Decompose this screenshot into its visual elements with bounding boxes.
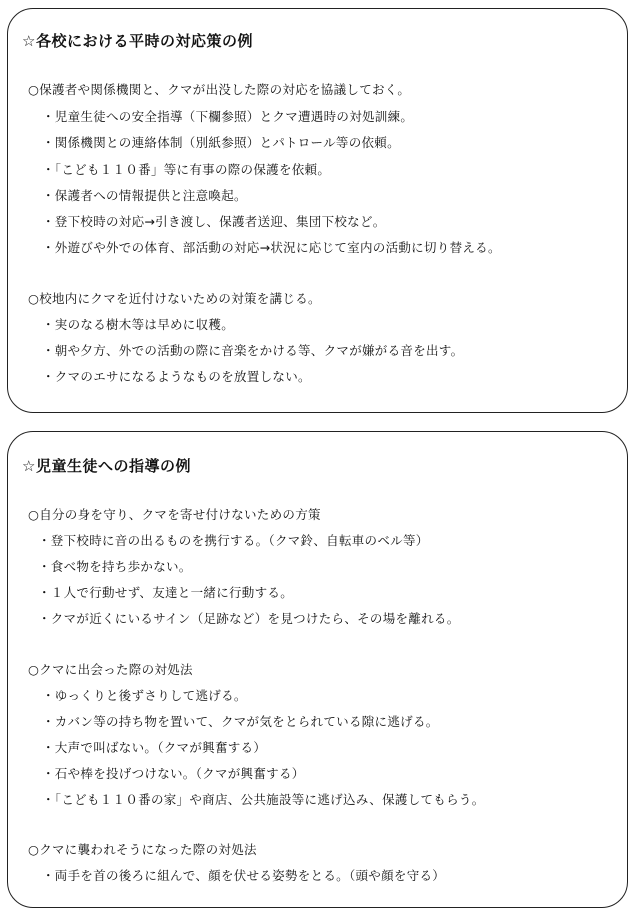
list-item: ・登下校時に音の出るものを携行する。（クマ鈴、自転車のベル等） <box>38 531 429 549</box>
list-item: ・保護者への情報提供と注意喚起。 <box>42 186 247 204</box>
group-heading: ○自分の身を守り、クマを寄せ付けないための方策 <box>28 505 321 523</box>
list-item: ・ゆっくりと後ずさりして逃げる。 <box>42 686 247 704</box>
list-item: ・両手を首の後ろに組んで、顔を伏せる姿勢をとる。（頭や顔を守る） <box>42 866 445 884</box>
list-item: ・１人で行動せず、友達と一緒に行動する。 <box>38 583 293 601</box>
list-item: ・カバン等の持ち物を置いて、クマが気をとられている隙に逃げる。 <box>42 712 439 730</box>
list-item: ・食べ物を持ち歩かない。 <box>38 557 192 575</box>
group-heading: ○保護者や関係機関と、クマが出没した際の対応を協議しておく。 <box>28 80 410 98</box>
list-item: ・関係機関との連絡体制（別紙参照）とパトロール等の依頼。 <box>42 133 400 151</box>
list-item: ・クマが近くにいるサイン（足跡など）を見つけたら、その場を離れる。 <box>38 609 460 627</box>
list-item: ・朝や夕方、外での活動の際に音楽をかける等、クマが嫌がる音を出す。 <box>42 341 463 359</box>
list-item: ・児童生徒への安全指導（下欄参照）とクマ遭遇時の対処訓練。 <box>42 107 413 125</box>
list-item: ・「こども１１０番」等に有事の際の保護を依頼。 <box>42 160 330 178</box>
list-item: ・外遊びや外での体育、部活動の対応→状況に応じて室内の活動に切り替える。 <box>42 238 501 256</box>
group-heading: ○クマに出会った際の対処法 <box>28 660 193 678</box>
list-item: ・クマのエサになるようなものを放置しない。 <box>42 367 311 385</box>
list-item: ・大声で叫ばない。（クマが興奮する） <box>42 738 266 756</box>
list-item: ・登下校時の対応→引き渡し、保護者送迎、集団下校など。 <box>42 212 386 230</box>
list-item: ・石や棒を投げつけない。（クマが興奮する） <box>42 764 305 782</box>
section-title: ☆各校における平時の対応策の例 <box>22 30 253 51</box>
list-item: ・「こども１１０番の家」や商店、公共施設等に逃げ込み、保護してもらう。 <box>42 790 485 808</box>
list-item: ・実のなる樹木等は早めに収穫。 <box>42 315 234 333</box>
group-heading: ○校地内にクマを近付けないための対策を講じる。 <box>28 289 321 307</box>
section-title: ☆児童生徒への指導の例 <box>22 455 191 476</box>
group-heading: ○クマに襲われそうになった際の対処法 <box>28 840 257 858</box>
